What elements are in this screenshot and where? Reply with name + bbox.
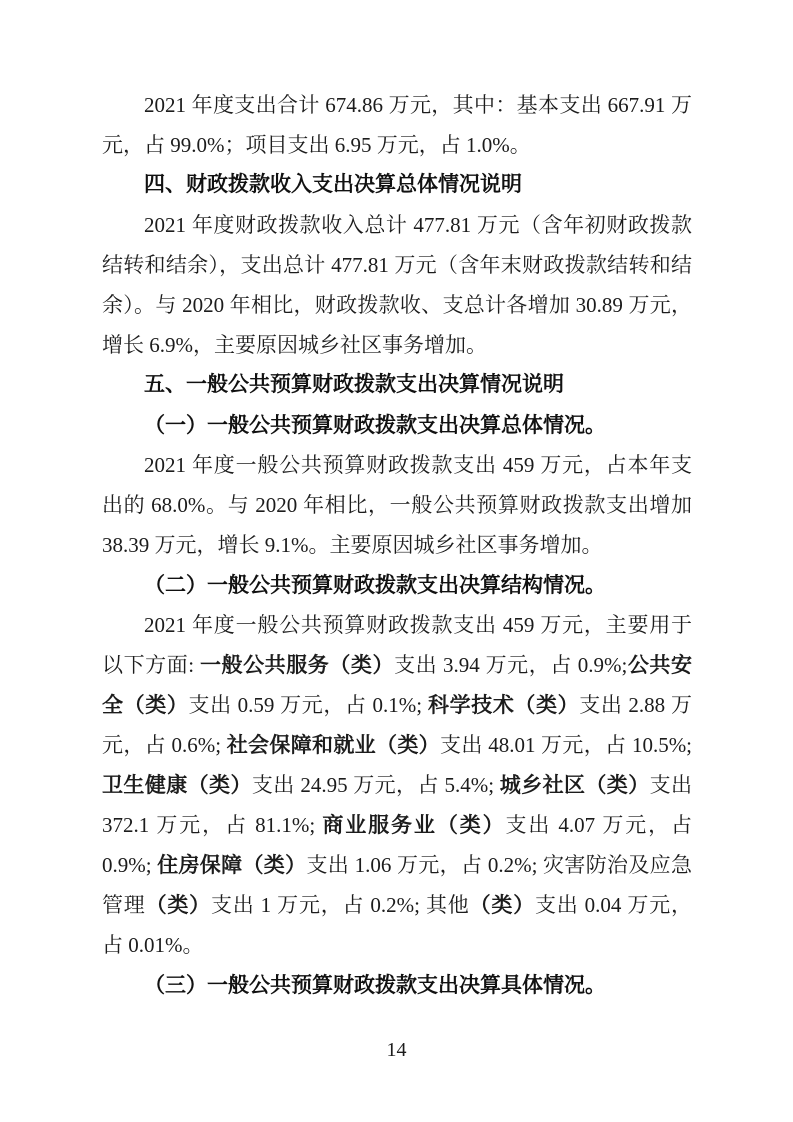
heading-subsection-2: （二）一般公共预算财政拨款支出决算结构情况。 — [102, 565, 692, 605]
text-segment-7: 社会保障和就业（类） — [227, 733, 440, 757]
heading-subsection-1: （一）一般公共预算财政拨款支出决算总体情况。 — [102, 405, 692, 445]
paragraph-expenditure-structure: 2021 年度一般公共预算财政拨款支出 459 万元，主要用于以下方面: 一般公… — [102, 605, 692, 965]
text-segment-9: 卫生健康（类） — [102, 773, 252, 797]
text-segment-5: 科学技术（类） — [428, 693, 579, 717]
paragraph-general-budget-overview: 2021 年度一般公共预算财政拨款支出 459 万元，占本年支出的 68.0%。… — [102, 445, 692, 565]
text-segment-18: 支出 1 万元，占 0.2%; 其他 — [211, 893, 470, 917]
heading-section-5: 五、一般公共预算财政拨款支出决算情况说明 — [102, 365, 692, 405]
text-segment-19: （类） — [470, 893, 535, 917]
page-content: 2021 年度支出合计 674.86 万元，其中：基本支出 667.91 万元，… — [102, 85, 692, 1005]
text-segment-2: 支出 3.94 万元，占 0.9%; — [394, 653, 627, 677]
heading-section-4: 四、财政拨款收入支出决算总体情况说明 — [102, 165, 692, 205]
text-segment-15: 住房保障（类） — [157, 853, 306, 877]
text-segment-10: 支出 24.95 万元，占 5.4%; — [252, 773, 500, 797]
text-segment-8: 支出 48.01 万元，占 10.5%; — [440, 733, 692, 757]
text-segment-4: 支出 0.59 万元，占 0.1%; — [188, 693, 428, 717]
paragraph-total-expenditure: 2021 年度支出合计 674.86 万元，其中：基本支出 667.91 万元，… — [102, 85, 692, 165]
heading-subsection-3: （三）一般公共预算财政拨款支出决算具体情况。 — [102, 965, 692, 1005]
text-segment-1: 一般公共服务（类） — [200, 653, 394, 677]
document-page: 2021 年度支出合计 674.86 万元，其中：基本支出 667.91 万元，… — [0, 0, 793, 1122]
text-segment-11: 城乡社区（类） — [500, 773, 650, 797]
paragraph-fiscal-appropriation-overview: 2021 年度财政拨款收入总计 477.81 万元（含年初财政拨款结转和结余），… — [102, 205, 692, 365]
page-number: 14 — [0, 1036, 793, 1064]
text-segment-13: 商业服务业（类） — [322, 813, 505, 837]
text-segment-17: （类） — [146, 893, 211, 917]
